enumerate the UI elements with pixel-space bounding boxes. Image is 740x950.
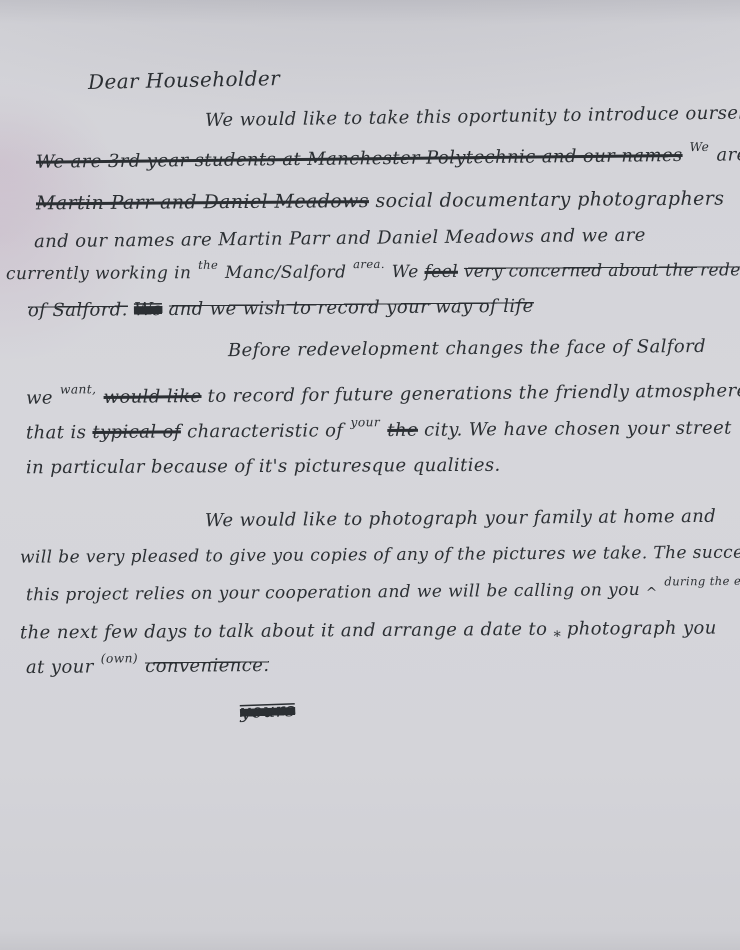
inserted-word: during the evening — [664, 575, 740, 588]
handwritten-text: the next few days to talk about it and a… — [20, 619, 548, 644]
struck-through-text: We are 3rd year students at Manchester P… — [36, 145, 683, 173]
handwritten-text: that is — [26, 422, 86, 443]
letter-line: that is typical of characteristic of you… — [26, 420, 732, 443]
handwritten-text: will be very pleased to give you copies … — [20, 542, 740, 567]
letter-line: at your (own) convenience. — [26, 657, 270, 677]
inserted-word: area. — [353, 259, 385, 271]
letter-line: yours — [240, 701, 296, 722]
handwritten-text: to record for future generations the fri… — [208, 380, 740, 407]
letter-line: currently working in the Manc/Salford ar… — [6, 262, 740, 283]
struck-through-text: convenience. — [145, 655, 269, 677]
struck-through-text: and we wish to record your way of life — [168, 296, 533, 320]
letter-line: We are 3rd year students at Manchester P… — [36, 146, 740, 171]
struck-through-text: feel — [424, 262, 458, 282]
handwritten-text: Dear Householder — [88, 66, 281, 94]
handwritten-text: at your — [26, 656, 94, 678]
letter-line: will be very pleased to give you copies … — [20, 544, 740, 566]
letter-line: We would like to photograph your family … — [205, 508, 716, 530]
letter-line: Martin Parr and Daniel Meadows social do… — [36, 190, 724, 214]
struck-through-text: very concerned about the redevelopment — [464, 260, 740, 282]
caret-mark: ^ — [646, 587, 658, 601]
handwritten-text: social documentary photographers — [375, 188, 724, 212]
letter-line: of Salford. We and we wish to record you… — [28, 298, 534, 320]
inserted-word: We — [690, 141, 710, 153]
handwritten-text: Before redevelopment changes the face of… — [228, 336, 706, 361]
inserted-word: (own) — [101, 652, 138, 665]
inserted-word: the — [198, 260, 218, 272]
handwritten-text: city. We have chosen your street — [424, 418, 732, 441]
letter-line: we want, would like to record for future… — [26, 382, 740, 408]
handwritten-text: photograph you — [567, 618, 717, 640]
handwritten-text: Manc/Salford — [225, 262, 346, 283]
handwritten-text: this project relies on your cooperation … — [26, 580, 640, 605]
asterisk-mark: * — [554, 630, 561, 644]
letter-line: and our names are Martin Parr and Daniel… — [34, 227, 646, 251]
letter-line: Before redevelopment changes the face of… — [228, 338, 706, 360]
letter-line: We would like to take this oportunity to… — [205, 104, 740, 130]
struck-through-text: Martin Parr and Daniel Meadows — [36, 190, 369, 214]
inserted-word: your — [350, 416, 380, 428]
scribbled-out-word: yours — [240, 699, 296, 723]
scribbled-out-word: We — [134, 299, 163, 320]
inserted-word: want, — [60, 383, 97, 396]
letter-line: this project relies on your cooperation … — [26, 581, 740, 605]
struck-through-text: would like — [103, 386, 201, 408]
handwritten-text: are — [716, 144, 740, 165]
letter-line: in particular because of it's picturesqu… — [26, 457, 501, 477]
letter-line: Dear Householder — [88, 68, 280, 92]
handwritten-text: characteristic of — [187, 420, 344, 442]
handwritten-text: We would like to photograph your family … — [205, 506, 716, 531]
handwritten-text: We would like to take this oportunity to… — [205, 102, 740, 131]
handwritten-text: and our names are Martin Parr and Daniel… — [34, 225, 646, 252]
letter-page: Dear HouseholderWe would like to take th… — [0, 0, 740, 950]
struck-through-text: the — [387, 420, 418, 441]
letter-line: the next few days to talk about it and a… — [20, 620, 717, 643]
handwritten-text: currently working in — [6, 263, 191, 284]
handwritten-text: We — [392, 262, 419, 282]
handwritten-text: in particular because of it's picturesqu… — [26, 455, 501, 478]
struck-through-text: typical of — [92, 421, 181, 443]
handwritten-text: we — [26, 387, 53, 408]
struck-through-text: of Salford. — [28, 299, 128, 321]
